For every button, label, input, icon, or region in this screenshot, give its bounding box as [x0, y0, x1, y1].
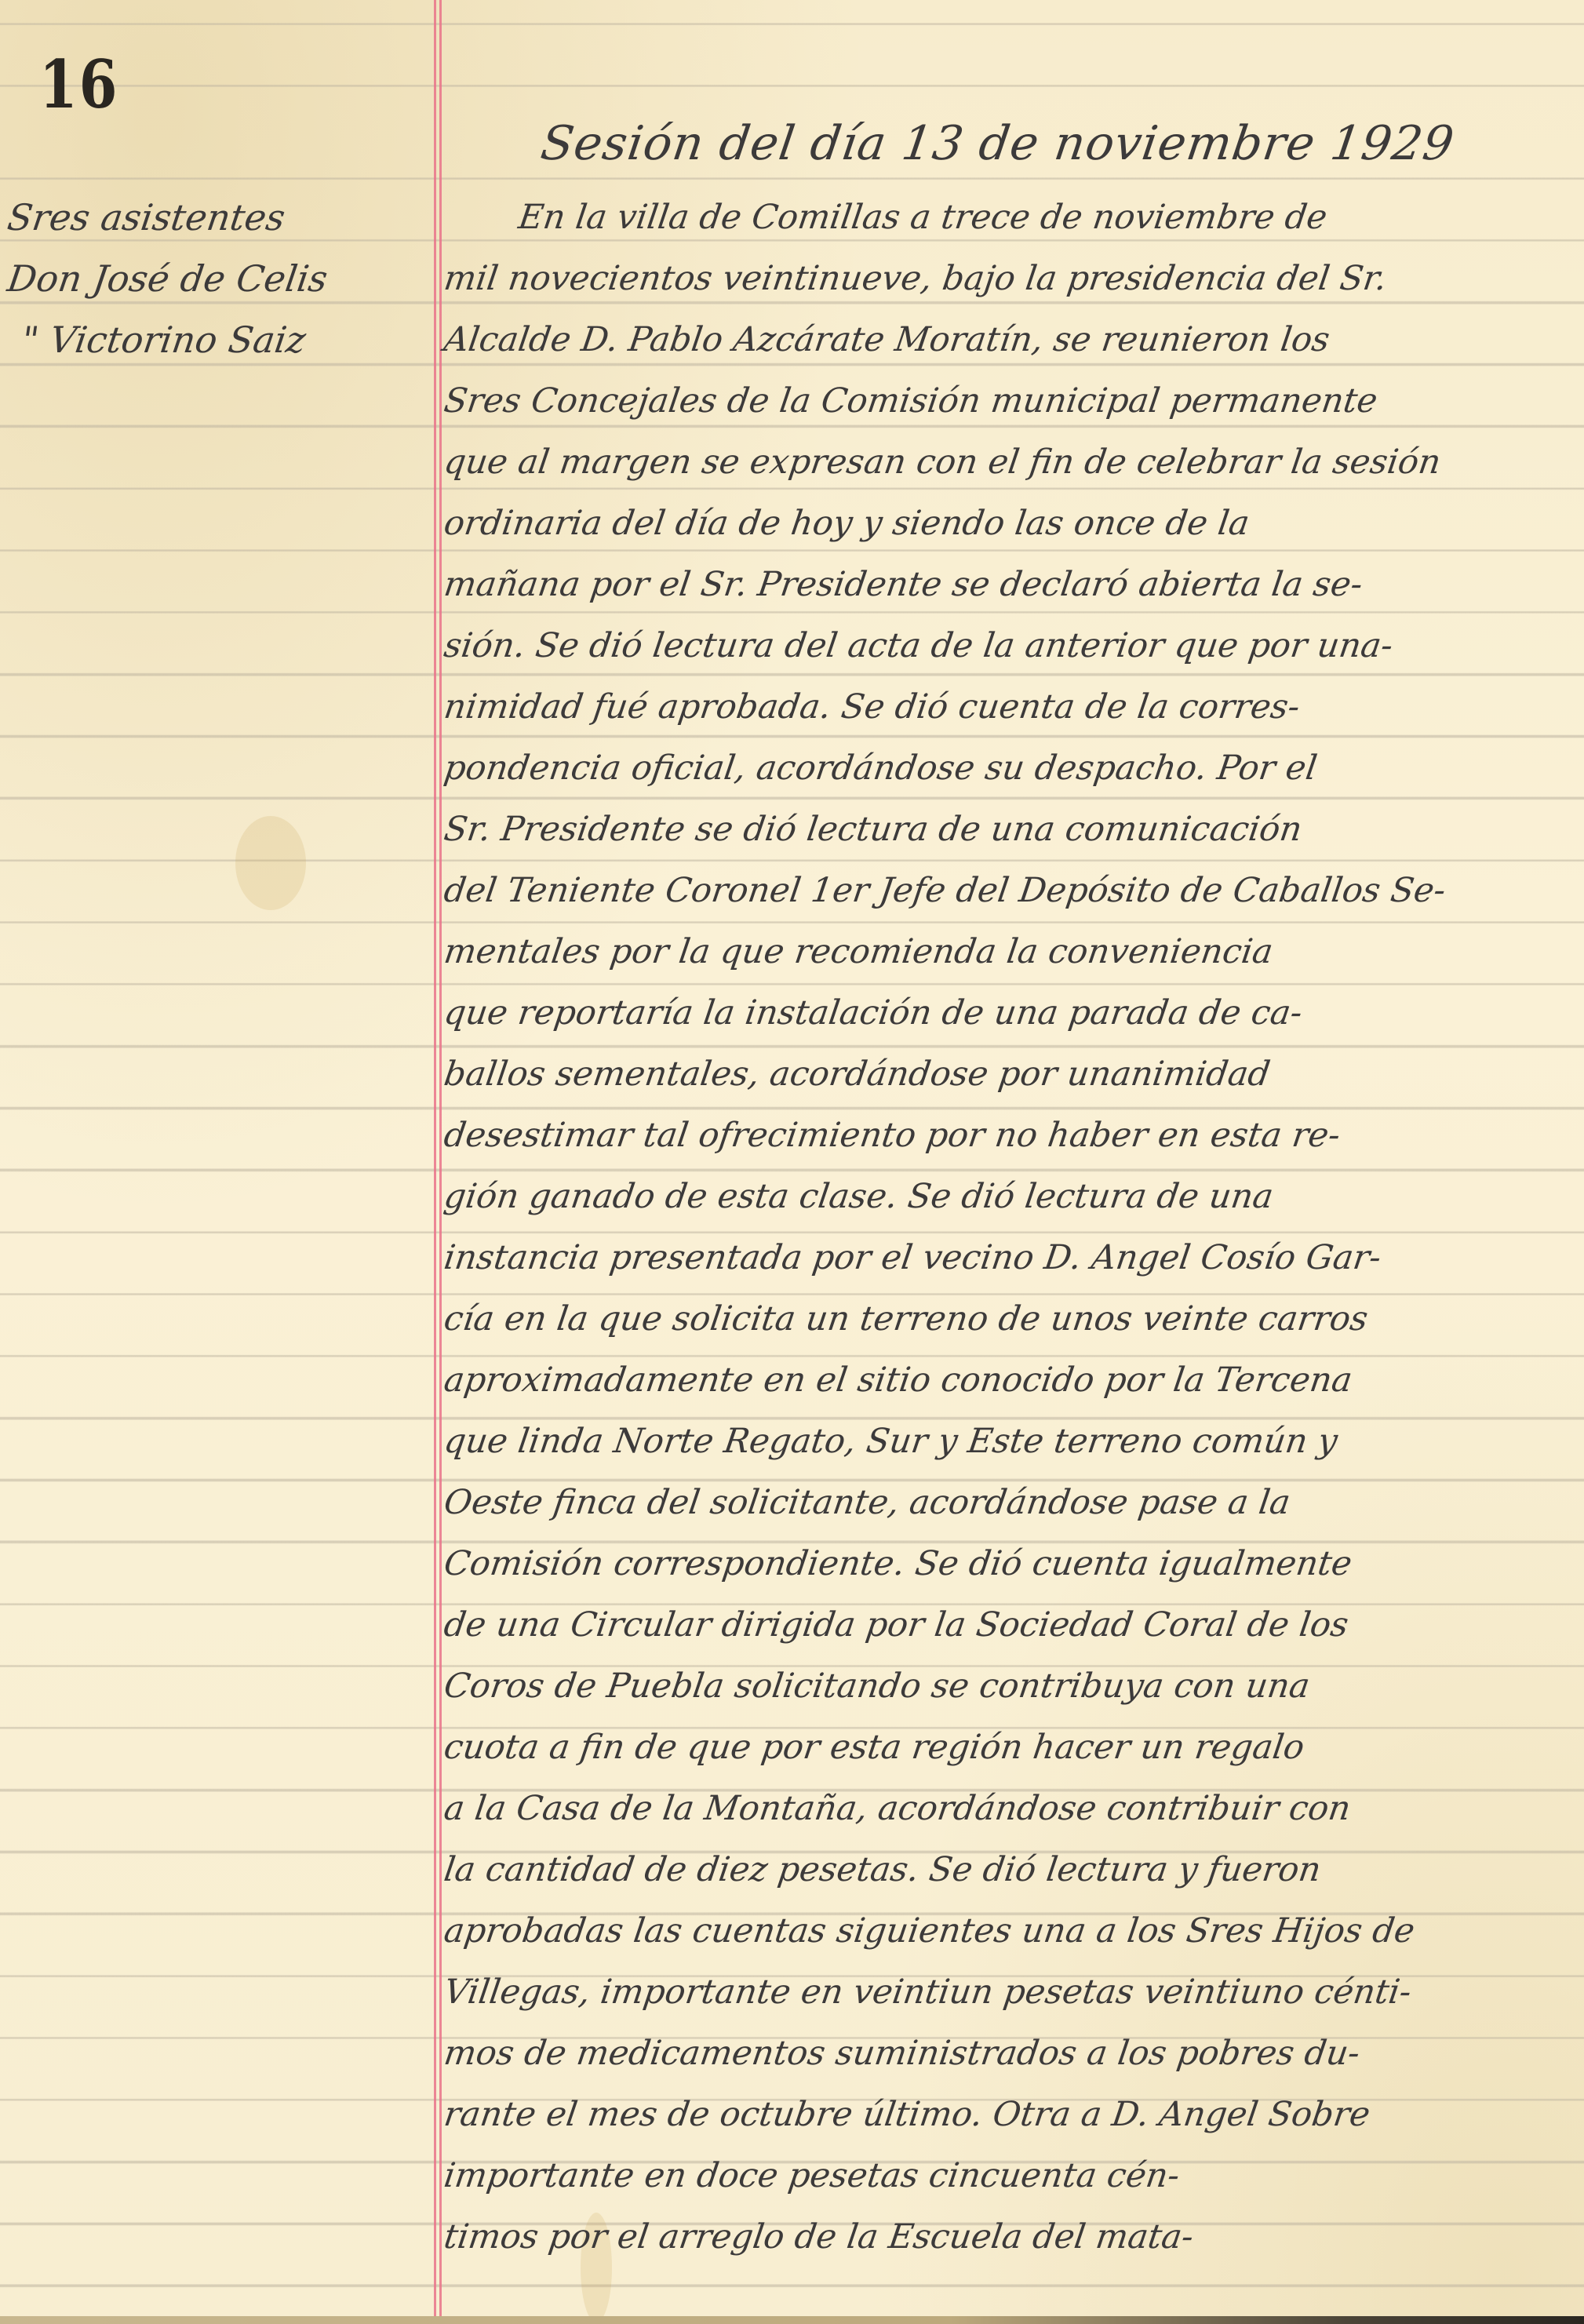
text-line: instancia presentada por el vecino D. An… [440, 1229, 1563, 1290]
text-line: Villegas, importante en veintiun pesetas… [440, 1963, 1563, 2024]
attendee-name: Don José de Celis [4, 248, 428, 309]
paper-stain [235, 816, 306, 910]
text-line: mil novecientos veintinueve, bajo la pre… [440, 250, 1563, 311]
text-line: Coros de Puebla solicitando se contribuy… [440, 1657, 1563, 1718]
text-line: desestimar tal ofrecimiento por no haber… [440, 1106, 1563, 1167]
text-line: a la Casa de la Montaña, acordándose con… [440, 1779, 1563, 1841]
text-line: pondencia oficial, acordándose su despac… [440, 739, 1563, 800]
margin-rule-left [434, 0, 436, 2324]
folio-number: 16 [39, 46, 118, 124]
text-line: importante en doce pesetas cincuenta cén… [440, 2147, 1563, 2208]
text-line: Alcalde D. Pablo Azcárate Moratín, se re… [440, 311, 1563, 372]
text-line: mos de medicamentos suministrados a los … [440, 2024, 1563, 2085]
text-line: aprobadas las cuentas siguientes una a l… [440, 1902, 1563, 1963]
text-line: que linda Norte Regato, Sur y Este terre… [440, 1412, 1563, 1473]
text-line: mentales por la que recomienda la conven… [440, 923, 1563, 984]
text-line: timos por el arreglo de la Escuela del m… [440, 2208, 1563, 2269]
text-line: nimidad fué aprobada. Se dió cuenta de l… [440, 678, 1563, 739]
text-line: la cantidad de diez pesetas. Se dió lect… [440, 1841, 1563, 1902]
text-line: ballos sementales, acordándose por unani… [440, 1045, 1563, 1106]
text-line: rante el mes de octubre último. Otra a D… [440, 2085, 1563, 2147]
text-line: sión. Se dió lectura del acta de la ante… [440, 617, 1563, 678]
attendee-name: " Victorino Saiz [4, 309, 428, 370]
text-line: gión ganado de esta clase. Se dió lectur… [440, 1167, 1563, 1229]
attendees-heading: Sres asistentes [4, 187, 428, 248]
minutes-body: En la villa de Comillas a trece de novie… [444, 188, 1558, 2269]
text-line: En la villa de Comillas a trece de novie… [440, 188, 1563, 250]
text-line: del Teniente Coronel 1er Jefe del Depósi… [440, 861, 1563, 923]
text-line: aproximadamente en el sitio conocido por… [440, 1351, 1563, 1412]
manuscript-page: 16 Sres asistentes Don José de Celis " V… [0, 0, 1584, 2324]
attendees-margin: Sres asistentes Don José de Celis " Vict… [8, 187, 424, 370]
text-line: cía en la que solicita un terreno de uno… [440, 1290, 1563, 1351]
session-title: Sesión del día 13 de noviembre 1929 [537, 116, 1458, 171]
text-line: que reportaría la instalación de una par… [440, 984, 1563, 1045]
text-line: Oeste finca del solicitante, acordándose… [440, 1473, 1563, 1535]
page-bottom-edge [0, 2316, 1584, 2324]
text-line: Sr. Presidente se dió lectura de una com… [440, 800, 1563, 861]
text-line: que al margen se expresan con el fin de … [440, 433, 1563, 494]
text-line: mañana por el Sr. Presidente se declaró … [440, 556, 1563, 617]
text-line: ordinaria del día de hoy y siendo las on… [440, 494, 1563, 556]
text-line: Sres Concejales de la Comisión municipal… [440, 372, 1563, 433]
text-line: de una Circular dirigida por la Sociedad… [440, 1596, 1563, 1657]
text-line: cuota a fin de que por esta región hacer… [440, 1718, 1563, 1779]
text-line: Comisión correspondiente. Se dió cuenta … [440, 1535, 1563, 1596]
